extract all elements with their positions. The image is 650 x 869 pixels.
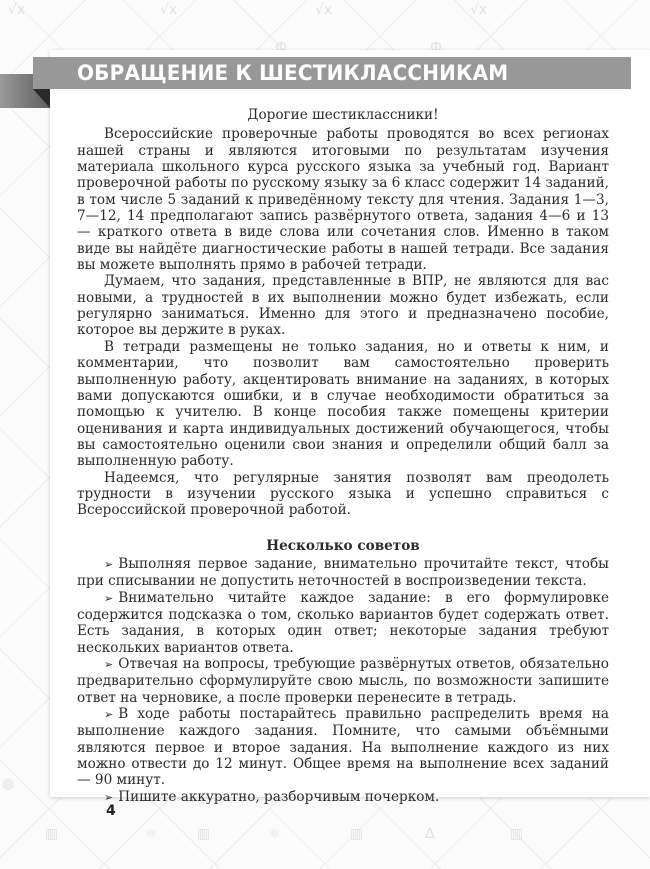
sqrt-icon: √x [315,2,332,18]
tip-item: ➢Отвечая на вопросы, требующие развёрнут… [77,656,609,706]
arrow-bullet-icon: ➢ [104,592,113,605]
paragraph: Надеемся, что регулярные занятия позволя… [77,470,609,519]
book-icon: ▥ [350,826,363,842]
book-icon: ▥ [45,826,58,842]
atom-icon: ⚛ [268,826,281,842]
tip-text: Внимательно читайте каждое задание: в ег… [77,590,609,656]
page-title: ОБРАЩЕНИЕ К ШЕСТИКЛАССНИКАМ [77,60,508,88]
paragraph: Думаем, что задания, представленные в ВП… [77,273,609,338]
paragraph: В тетради размещены не только задания, н… [77,339,609,470]
arrow-bullet-icon: ➢ [104,558,113,571]
tip-item: ➢Выполняя первое задание, внимательно пр… [77,556,609,590]
arrow-bullet-icon: ➢ [104,658,113,671]
tip-text: Выполняя первое задание, внимательно про… [77,556,609,589]
delta-icon: Δ [425,826,435,842]
book-icon: ▥ [197,826,210,842]
paragraph: Всероссийские проверочные работы проводя… [77,126,609,273]
page-number: 4 [106,803,116,819]
header-ribbon-fold [33,89,50,108]
book-icon: ▥ [510,826,523,842]
tip-item: ➢Внимательно читайте каждое задание: в е… [77,590,609,656]
tip-text: Пишите аккуратно, разборчивым почерком. [118,789,439,805]
tip-text: В ходе работы постарайтесь правильно рас… [77,706,609,788]
atom-icon: ⚛ [145,826,158,842]
globe-icon: ◍ [2,776,14,792]
tips-heading: Несколько советов [77,538,609,554]
tip-item: ➢Пишите аккуратно, разборчивым почерком. [77,789,609,806]
sqrt-icon: √x [470,2,487,18]
arrow-bullet-icon: ➢ [104,708,113,721]
tip-text: Отвечая на вопросы, требующие развёрнуты… [77,656,609,706]
sqrt-icon: √x [8,2,25,18]
greeting: Дорогие шестиклассники! [77,107,609,123]
document-body: Дорогие шестиклассники! Всероссийские пр… [77,107,609,806]
tip-item: ➢В ходе работы постарайтесь правильно ра… [77,706,609,789]
arrow-bullet-icon: ➢ [104,791,113,804]
sqrt-icon: √x [160,2,177,18]
